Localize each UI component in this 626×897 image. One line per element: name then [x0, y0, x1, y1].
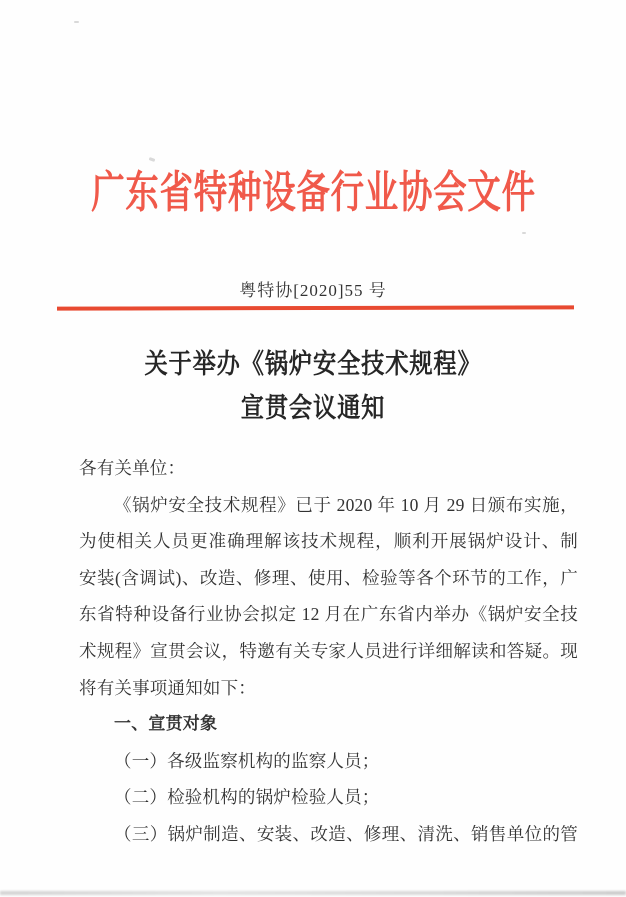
body-line: 术规程》宣贯会议，特邀有关专家人员进行详细解读和答疑。现: [79, 633, 578, 670]
body-line: 将有关事项通知如下：: [79, 670, 578, 707]
document-title-line-1: 关于举办《锅炉安全技术规程》: [0, 345, 626, 389]
scan-speck: [74, 21, 79, 23]
body-line: 安装(含调试)、改造、修理、使用、检验等各个环节的工作，广: [79, 560, 578, 597]
letterhead-title: 广东省特种设备行业协会文件: [91, 156, 536, 220]
scan-bottom-edge: [0, 891, 626, 895]
document-title-line-2: 宣贯会议通知: [0, 389, 626, 433]
body-line: 东省特种设备行业协会拟定 12 月在广东省内举办《锅炉安全技: [79, 596, 578, 633]
body-line: 《锅炉安全技术规程》已于 2020 年 10 月 29 日颁布实施，: [79, 487, 578, 524]
document-number: 粤特协[2020]55 号: [0, 276, 626, 301]
body-lines: 各有关单位：《锅炉安全技术规程》已于 2020 年 10 月 29 日颁布实施，…: [79, 450, 578, 853]
body-line: （三）锅炉制造、安装、改造、修理、清洗、销售单位的管: [79, 816, 578, 853]
letterhead: 广东省特种设备行业协会文件: [0, 156, 626, 220]
scan-speck: [522, 232, 526, 234]
body-line: 各有关单位：: [79, 450, 578, 487]
document-title-line-2-text: 宣贯会议通知: [241, 389, 385, 428]
red-divider-rule: [57, 305, 574, 310]
document-title: 关于举办《锅炉安全技术规程》 宣贯会议通知: [0, 345, 626, 432]
body-line: （二）检验机构的锅炉检验人员；: [79, 779, 578, 816]
body-line: 为使相关人员更准确理解该技术规程，顺利开展锅炉设计、制造、: [79, 523, 578, 560]
body-line: 一、宣贯对象: [79, 706, 578, 743]
document-title-line-1-text: 关于举办《锅炉安全技术规程》: [144, 345, 481, 384]
scanned-document-page: 广东省特种设备行业协会文件 粤特协[2020]55 号 关于举办《锅炉安全技术规…: [0, 0, 626, 897]
body-line: （一）各级监察机构的监察人员；: [79, 743, 578, 780]
